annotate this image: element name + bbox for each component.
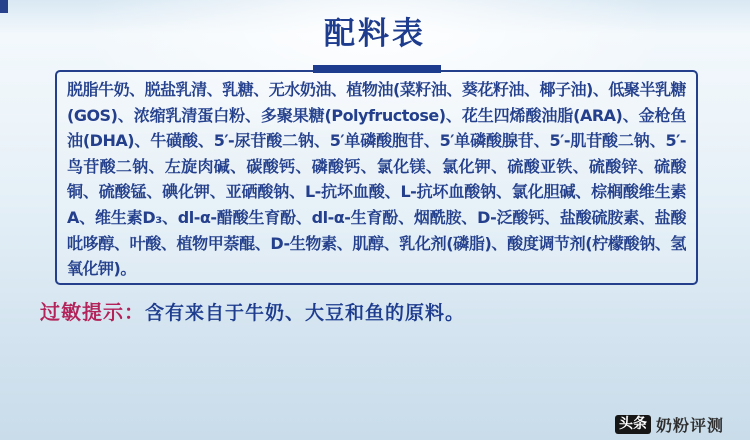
panel-top-accent-bar xyxy=(313,65,441,73)
toutiao-watermark: 头条 奶粉评测 xyxy=(615,413,724,436)
allergy-notice: 过敏提示：含有来自于牛奶、大豆和鱼的原料。 xyxy=(40,296,465,325)
product-label-image: 配料表 脱脂牛奶、脱盐乳清、乳糖、无水奶油、植物油(菜籽油、葵花籽油、椰子油)、… xyxy=(0,0,750,440)
toutiao-logo: 头条 xyxy=(615,415,651,434)
ingredients-panel: 脱脂牛奶、脱盐乳清、乳糖、无水奶油、植物油(菜籽油、葵花籽油、椰子油)、低聚半乳… xyxy=(55,70,698,285)
allergy-notice-text: 含有来自于牛奶、大豆和鱼的原料。 xyxy=(145,302,465,324)
watermark-account-name: 奶粉评测 xyxy=(656,413,724,436)
ingredient-list-title: 配料表 xyxy=(0,8,750,53)
ingredients-text: 脱脂牛奶、脱盐乳清、乳糖、无水奶油、植物油(菜籽油、葵花籽油、椰子油)、低聚半乳… xyxy=(67,77,686,282)
allergy-notice-label: 过敏提示： xyxy=(40,300,145,324)
